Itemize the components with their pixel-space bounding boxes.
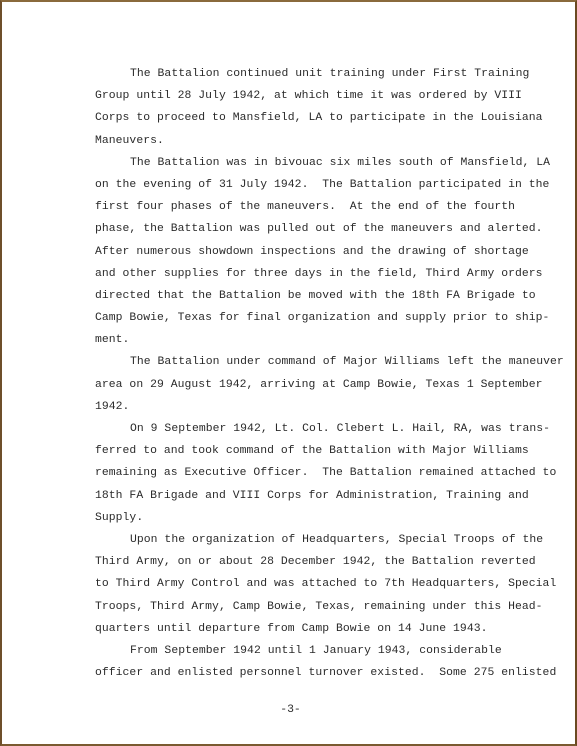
text-line: ment. bbox=[95, 329, 565, 351]
text-line: Corps to proceed to Mansfield, LA to par… bbox=[95, 107, 565, 129]
text-line: After numerous showdown inspections and … bbox=[95, 241, 565, 263]
text-line: Supply. bbox=[95, 507, 565, 529]
paragraph: Upon the organization of Headquarters, S… bbox=[95, 529, 565, 640]
text-line: first four phases of the maneuvers. At t… bbox=[95, 196, 565, 218]
document-body: The Battalion continued unit training un… bbox=[95, 63, 565, 684]
text-line: Troops, Third Army, Camp Bowie, Texas, r… bbox=[95, 596, 565, 618]
text-line: to Third Army Control and was attached t… bbox=[95, 573, 565, 595]
text-line: directed that the Battalion be moved wit… bbox=[95, 285, 565, 307]
text-line: and other supplies for three days in the… bbox=[95, 263, 565, 285]
text-line: 18th FA Brigade and VIII Corps for Admin… bbox=[95, 485, 565, 507]
text-line: remaining as Executive Officer. The Batt… bbox=[95, 462, 565, 484]
text-line: quarters until departure from Camp Bowie… bbox=[95, 618, 565, 640]
text-line: The Battalion continued unit training un… bbox=[95, 63, 565, 85]
text-line: officer and enlisted personnel turnover … bbox=[95, 662, 565, 684]
text-line: Third Army, on or about 28 December 1942… bbox=[95, 551, 565, 573]
text-line: Maneuvers. bbox=[95, 130, 565, 152]
text-line: ferred to and took command of the Battal… bbox=[95, 440, 565, 462]
text-line: on the evening of 31 July 1942. The Batt… bbox=[95, 174, 565, 196]
text-line: phase, the Battalion was pulled out of t… bbox=[95, 218, 565, 240]
page-number: -3- bbox=[2, 704, 577, 716]
text-line: On 9 September 1942, Lt. Col. Clebert L.… bbox=[95, 418, 565, 440]
text-line: Group until 28 July 1942, at which time … bbox=[95, 85, 565, 107]
document-page: The Battalion continued unit training un… bbox=[0, 0, 577, 746]
paragraph: The Battalion under command of Major Wil… bbox=[95, 351, 565, 418]
text-line: area on 29 August 1942, arriving at Camp… bbox=[95, 374, 565, 396]
text-line: 1942. bbox=[95, 396, 565, 418]
paragraph: The Battalion continued unit training un… bbox=[95, 63, 565, 152]
paragraph: On 9 September 1942, Lt. Col. Clebert L.… bbox=[95, 418, 565, 529]
paragraph: From September 1942 until 1 January 1943… bbox=[95, 640, 565, 684]
text-line: Camp Bowie, Texas for final organization… bbox=[95, 307, 565, 329]
text-line: The Battalion was in bivouac six miles s… bbox=[95, 152, 565, 174]
paragraph: The Battalion was in bivouac six miles s… bbox=[95, 152, 565, 352]
text-line: The Battalion under command of Major Wil… bbox=[95, 351, 565, 373]
text-line: From September 1942 until 1 January 1943… bbox=[95, 640, 565, 662]
text-line: Upon the organization of Headquarters, S… bbox=[95, 529, 565, 551]
